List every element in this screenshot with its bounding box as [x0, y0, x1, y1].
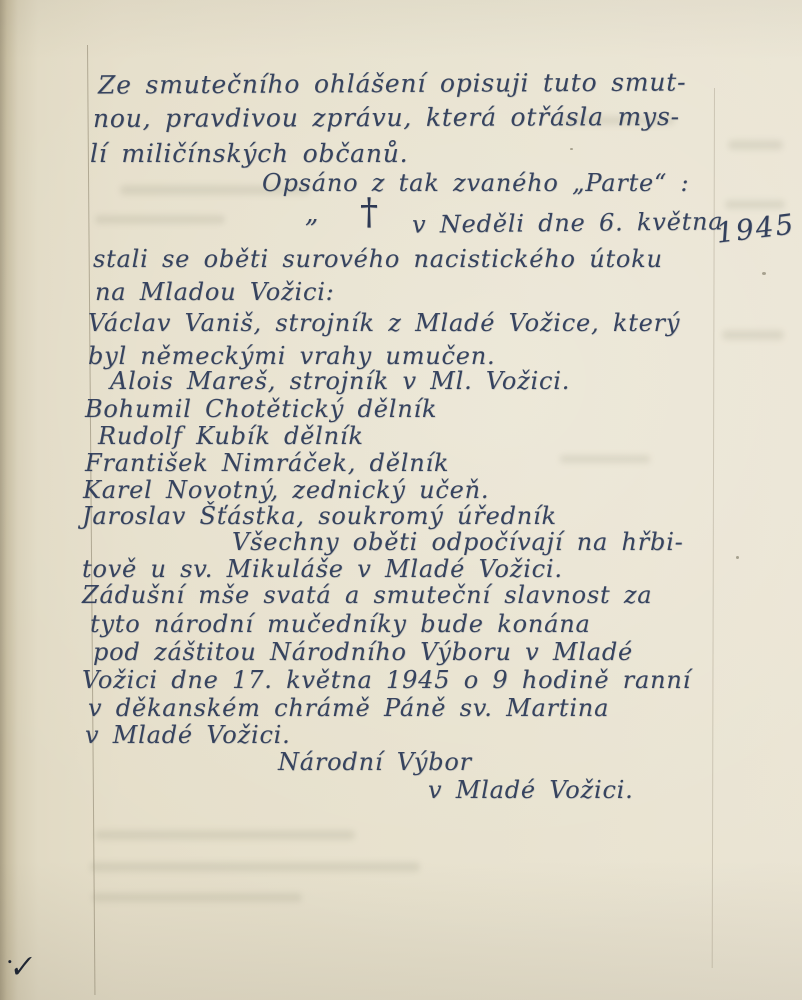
bleed-through [725, 200, 785, 209]
dust-speck [570, 148, 573, 150]
handwritten-line: Ze smutečního ohlášení opisuji tuto smut… [98, 68, 686, 99]
handwritten-line: tyto národní mučedníky bude konána [90, 611, 591, 637]
victim-line: Rudolf Kubík dělník [98, 423, 364, 449]
bleed-through [728, 140, 783, 150]
handwritten-line: lí miličínských občanů. [90, 140, 408, 168]
bleed-through [90, 862, 420, 872]
bleed-through [95, 830, 355, 840]
margin-check-mark: ✓ [6, 949, 35, 986]
bleed-through [722, 330, 784, 340]
bleed-through [560, 455, 650, 463]
victim-line: Jaroslav Šťástka, soukromý úředník [82, 503, 557, 529]
handwritten-line: Václav Vaniš, strojník z Mladé Vožice, k… [88, 310, 680, 336]
handwritten-line: stali se oběti surového nacistického úto… [93, 246, 663, 272]
victim-line: František Nimráček, dělník [85, 450, 449, 476]
dust-speck [762, 272, 766, 275]
handwritten-line: na Mladou Vožici: [95, 279, 335, 305]
handwritten-line: tově u sv. Mikuláše v Mladé Vožici. [82, 556, 563, 582]
victim-line: Bohumil Chotětický dělník [85, 396, 437, 422]
subheading-line: Opsáno z tak zvaného „Parte“ : [262, 170, 689, 196]
year-1945: 1945 [714, 207, 797, 249]
handwritten-line: Zádušní mše svatá a smuteční slavnost za [82, 582, 652, 608]
handwritten-line: Všechny oběti odpočívají na hřbi- [232, 529, 684, 555]
victim-line: Karel Novotný, zednický učeň. [83, 477, 489, 503]
handwritten-line: byl německými vrahy umučen. [88, 343, 495, 369]
signature-line: Národní Výbor [278, 749, 472, 775]
bleed-through [95, 215, 225, 224]
cross-icon: † [360, 192, 378, 233]
handwritten-line: nou, pravdivou zprávu, která otřásla mys… [93, 103, 680, 133]
chronicle-page: Ze smutečního ohlášení opisuji tuto smut… [0, 0, 802, 1000]
handwritten-line: v Mladé Vožici. [85, 722, 291, 748]
open-quote: „ [305, 200, 319, 229]
date-line: v Neděli dne 6. května [412, 208, 724, 238]
victim-line: Alois Mareš, strojník v Ml. Vožici. [110, 368, 570, 394]
handwritten-line: pod záštitou Národního Výboru v Mladé [93, 639, 633, 665]
bleed-through [92, 893, 302, 902]
handwritten-line: v děkanském chrámě Páně sv. Martina [88, 695, 609, 721]
dust-speck [736, 556, 739, 559]
handwritten-line: Vožici dne 17. května 1945 o 9 hodině ra… [82, 667, 691, 693]
signature-line: v Mladé Vožici. [428, 777, 634, 803]
